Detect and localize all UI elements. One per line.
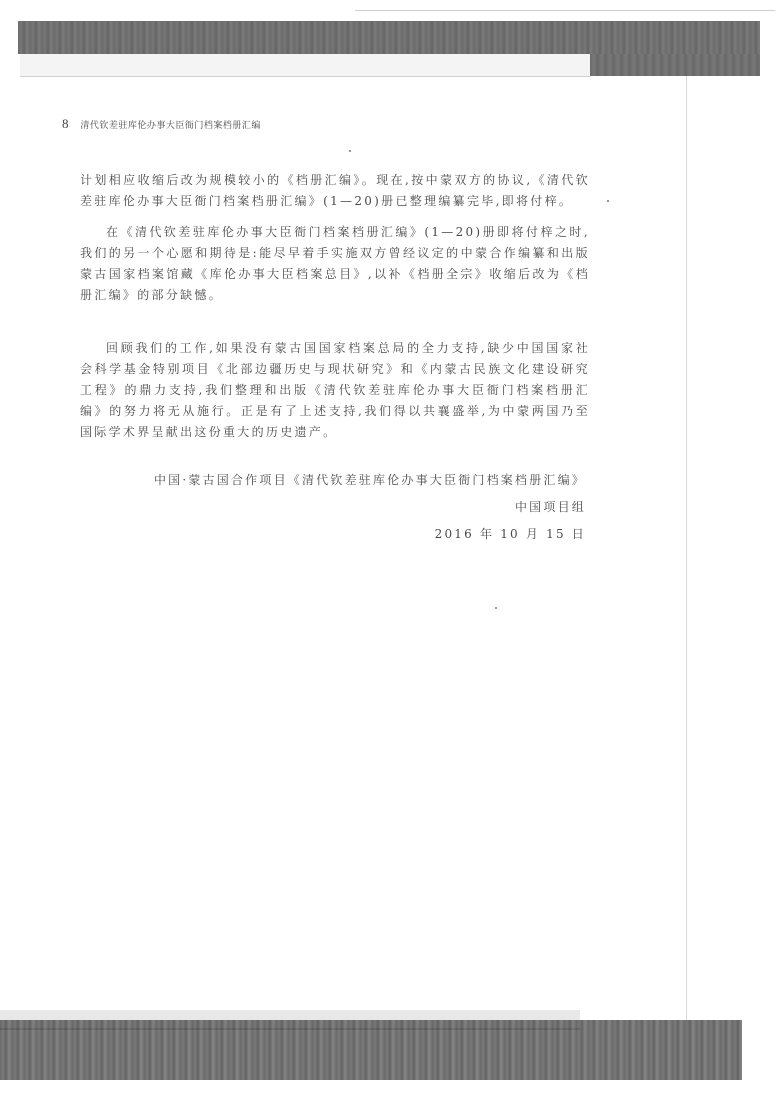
signature-project: 中国·蒙古国合作项目《清代钦差驻库伦办事大臣衙门档案档册汇编》 [154, 471, 586, 488]
scan-artifact-line [355, 10, 775, 11]
scan-border-top [18, 21, 760, 54]
scan-artifact-vertical-line [686, 76, 687, 1036]
paragraph-2: 在《清代钦差驻库伦办事大臣衙门档案档册汇编》(1—20)册即将付梓之时,我们的另… [80, 222, 590, 306]
signature-group: 中国项目组 [515, 498, 586, 515]
scan-border-top-right [590, 54, 760, 76]
signature-date: 2016 年 10 月 15 日 [435, 525, 586, 542]
running-header: 8 清代钦差驻库伦办事大臣衙门档案档册汇编 [62, 116, 261, 132]
scan-speck [495, 607, 497, 609]
scan-border-bottom [0, 1020, 742, 1080]
paragraph-3: 回顾我们的工作,如果没有蒙古国国家档案总局的全力支持,缺少中国国家社会科学基金特… [80, 338, 590, 443]
paragraph-1: 计划相应收缩后改为规模较小的《档册汇编》。现在,按中蒙双方的协议,《清代钦差驻库… [80, 170, 590, 212]
page-number: 8 [62, 116, 69, 131]
scan-paper-edge-top [20, 54, 590, 77]
scan-speck [607, 200, 609, 202]
scan-speck [349, 150, 351, 152]
running-title: 清代钦差驻库伦办事大臣衙门档案档册汇编 [80, 121, 261, 131]
